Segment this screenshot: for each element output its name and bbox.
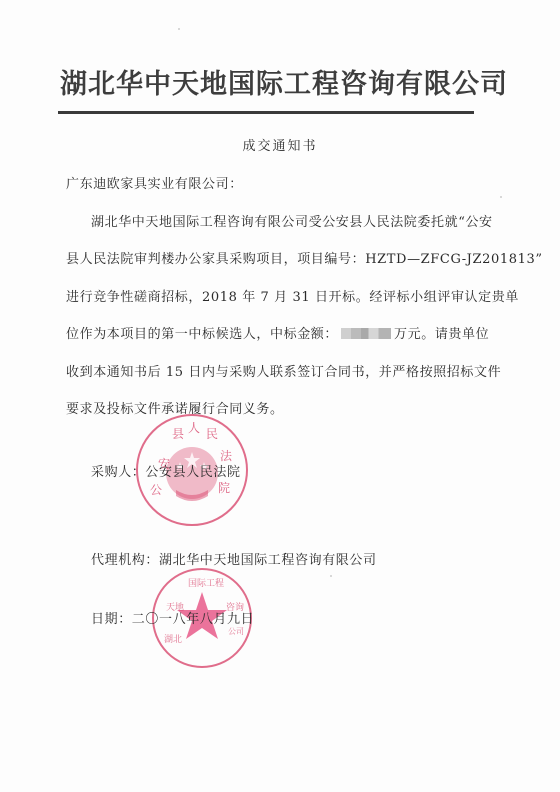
body-line-6: 要求及投标文件承诺履行合同义务。	[66, 398, 284, 417]
addressee: 广东迪欧家具实业有限公司：	[66, 173, 243, 192]
body-line-4: 位作为本项目的第一中标候选人，中标金额：万元。请贵单位	[66, 323, 489, 342]
svg-text:公: 公	[150, 483, 162, 497]
body-line-2: 县人民法院审判楼办公家具采购项目，项目编号：HZTD—ZFCG-JZ201813…	[66, 248, 543, 267]
svg-text:民: 民	[206, 427, 218, 441]
document-title: 成交通知书	[0, 135, 560, 154]
svg-text:公司: 公司	[228, 627, 244, 636]
date-line: 日期：二〇一八年八月九日	[91, 608, 254, 627]
letterhead-company-name: 湖北华中天地国际工程咨询有限公司	[60, 62, 500, 101]
scan-speck	[500, 196, 502, 198]
scan-speck	[178, 28, 180, 30]
scan-speck	[330, 575, 332, 577]
body-line-3: 进行竞争性磋商招标，2018 年 7 月 31 日开标。经评标小组评审认定贵单	[66, 286, 519, 305]
letterhead-divider	[58, 111, 474, 114]
svg-text:国际工程: 国际工程	[188, 578, 224, 589]
agency-signature: 代理机构：湖北华中天地国际工程咨询有限公司	[91, 549, 377, 568]
body-line-4-start: 位作为本项目的第一中标候选人，中标金额：	[66, 327, 338, 342]
body-line-5: 收到本通知书后 15 日内与采购人联系签订合同书，并严格按照招标文件	[66, 361, 501, 380]
svg-text:县: 县	[172, 427, 184, 441]
redacted-bid-amount	[341, 328, 391, 339]
svg-text:人: 人	[188, 421, 200, 435]
document-page: 湖北华中天地国际工程咨询有限公司 成交通知书 广东迪欧家具实业有限公司： 湖北华…	[0, 0, 560, 792]
svg-text:院: 院	[218, 481, 230, 495]
purchaser-signature: 采购人：公安县人民法院	[91, 461, 241, 480]
svg-text:湖北: 湖北	[164, 633, 182, 645]
body-line-4-end: 万元。请贵单位	[394, 327, 489, 342]
body-line-1: 湖北华中天地国际工程咨询有限公司受公安县人民法院委托就“公安	[91, 211, 493, 230]
